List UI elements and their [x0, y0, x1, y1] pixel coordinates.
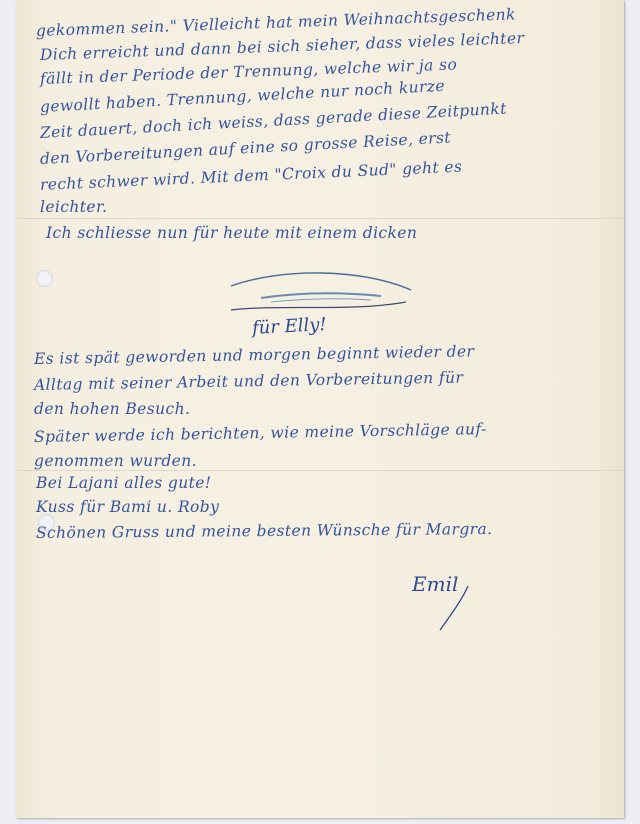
signature-flourish — [436, 584, 476, 632]
punch-hole — [36, 270, 53, 287]
letter-line: Ich schliesse nun für heute mit einem di… — [46, 224, 417, 242]
letter-line: leichter. — [40, 198, 107, 216]
ink-flourish-ornament — [221, 268, 421, 318]
letter-line: Alltag mit seiner Arbeit und den Vorbere… — [34, 369, 464, 394]
paper-fold — [16, 470, 624, 471]
paper-fold — [16, 218, 624, 219]
letter-line: Es ist spät geworden und morgen beginnt … — [34, 342, 475, 368]
letter-line: den hohen Besuch. — [34, 400, 190, 418]
letter-line: Kuss für Bami u. Roby — [36, 498, 219, 516]
letter-line: genommen wurden. — [34, 452, 197, 470]
letter-line: Bei Lajani alles gute! — [36, 474, 211, 492]
letter-line: Später werde ich berichten, wie meine Vo… — [34, 420, 487, 446]
letter-page: gekommen sein." Vielleicht hat mein Weih… — [16, 0, 624, 818]
salutation: für Elly! — [252, 314, 328, 339]
letter-line: Schönen Gruss und meine besten Wünsche f… — [36, 520, 493, 542]
